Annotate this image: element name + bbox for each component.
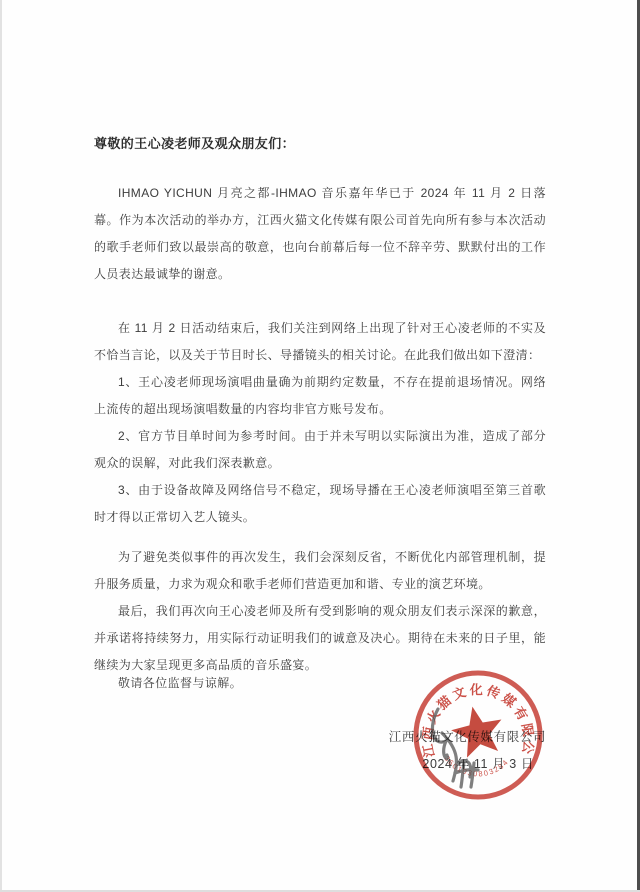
letter-paragraph-point-1: 1、王心凌老师现场演唱曲量确为前期约定数量，不存在提前退场情况。网络上流传的超出… xyxy=(94,369,546,423)
statement-letter-page: 尊敬的王心凌老师及观众朋友们： IHMAO YICHUN 月亮之都-IHMAO … xyxy=(0,0,640,892)
signature-date: 2024 年 11 月 3 日 xyxy=(389,751,546,778)
letter-paragraph: IHMAO YICHUN 月亮之都-IHMAO 音乐嘉年华已于 2024 年 1… xyxy=(94,180,546,288)
signature-block: 江西火猫文化传媒有限公司 2024 年 11 月 3 日 xyxy=(389,724,546,778)
letter-paragraph: 为了避免类似事件的再次发生，我们会深刻反省，不断优化内部管理机制，提升服务质量，… xyxy=(94,544,546,598)
letter-paragraph: 最后，我们再次向王心凌老师及所有受到影响的观众朋友们表示深深的歉意，并承诺将持续… xyxy=(94,598,546,679)
letter-body: 尊敬的王心凌老师及观众朋友们： IHMAO YICHUN 月亮之都-IHMAO … xyxy=(94,130,546,697)
page-edge-left xyxy=(0,0,2,892)
letter-paragraph-point-3: 3、由于设备故障及网络信号不稳定，现场导播在王心凌老师演唱至第三首歌时才得以正常… xyxy=(94,477,546,531)
signature-company: 江西火猫文化传媒有限公司 xyxy=(389,724,546,751)
letter-paragraph-point-2: 2、官方节目单时间为参考时间。由于并未写明以实际演出为准，造成了部分观众的误解，… xyxy=(94,423,546,477)
salutation: 尊敬的王心凌老师及观众朋友们： xyxy=(94,130,546,157)
letter-closing: 敬请各位监督与谅解。 xyxy=(94,670,546,697)
letter-paragraph: 在 11 月 2 日活动结束后，我们关注到网络上出现了针对王心凌老师的不实及不恰… xyxy=(94,315,546,369)
